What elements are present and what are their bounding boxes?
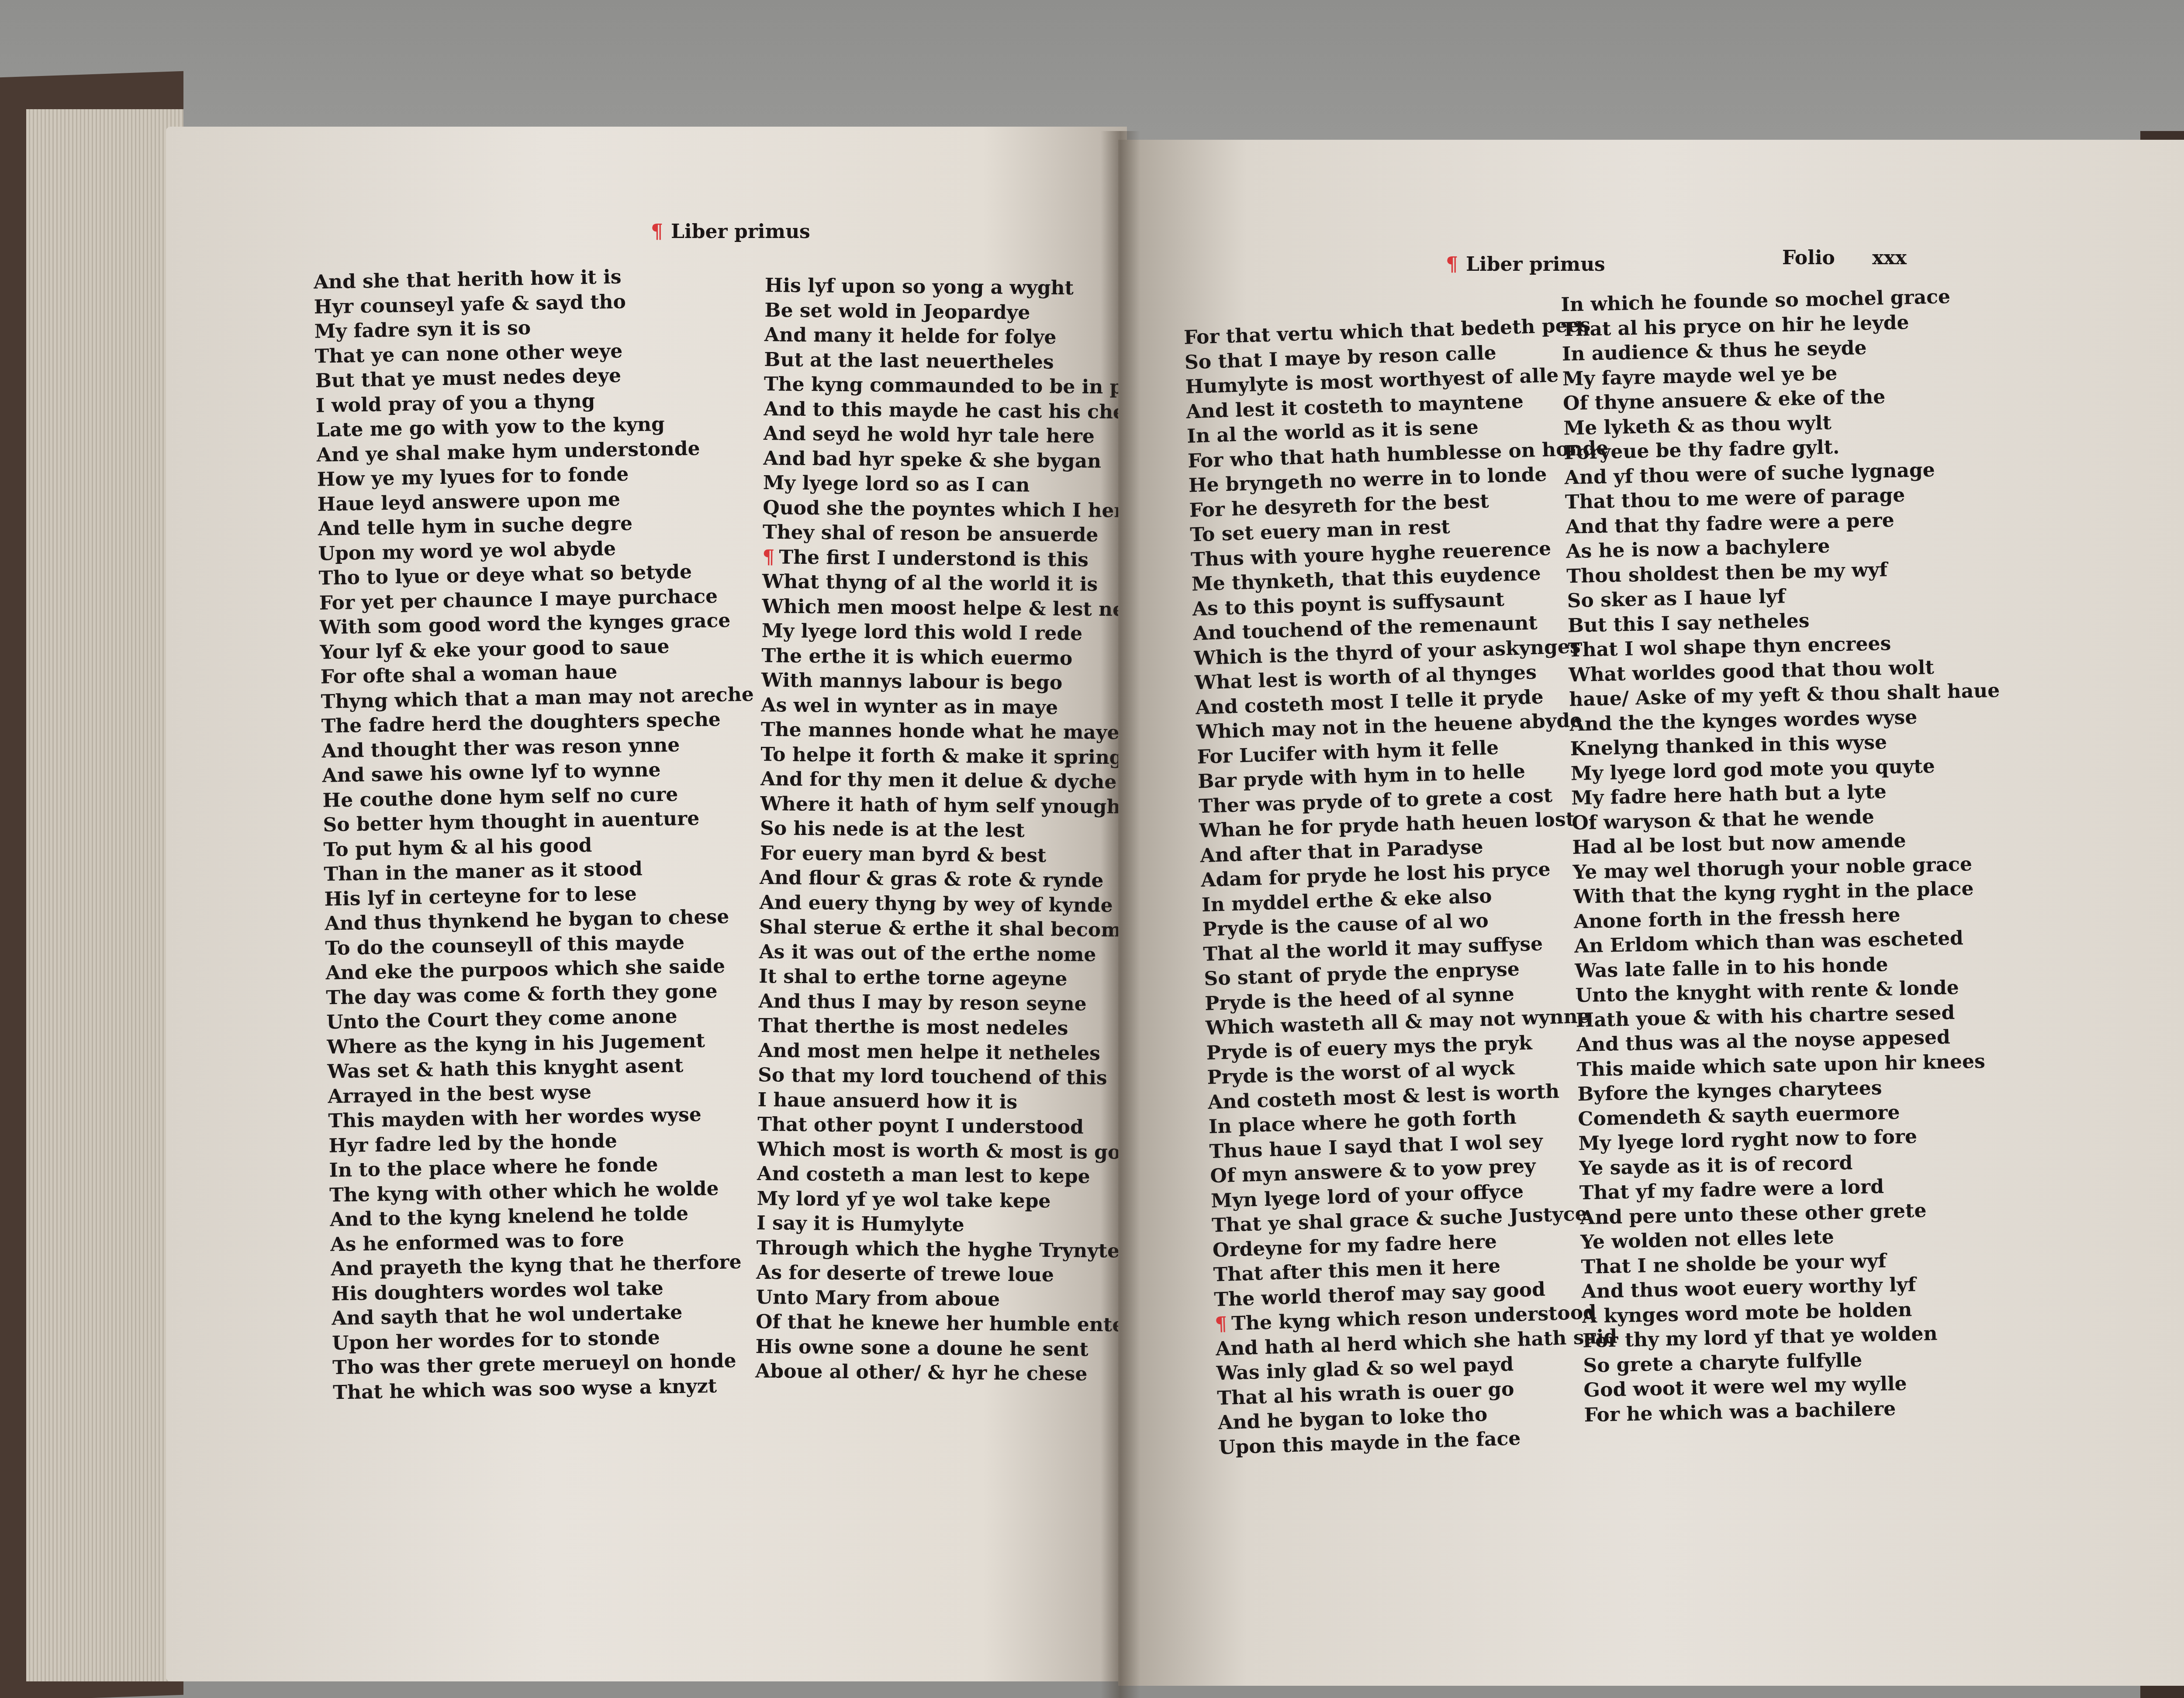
text-line: His owne sone a doune he sent — [755, 1335, 1150, 1363]
text-line: Where it hath of hym self ynough — [760, 792, 1155, 820]
left-page-column-2: His lyf upon so yong a wyghtBe set wold … — [755, 273, 1160, 1387]
text-line: They shal of reson be ansuerde — [763, 520, 1158, 548]
text-line: And to this mayde he cast his chere — [764, 397, 1158, 425]
left-running-head: ¶Liber primus — [651, 221, 810, 243]
right-page-column-2: In which he founde so mochel graceThat a… — [1561, 284, 2015, 1428]
text-line: Aboue al other/ & hyr he chese — [755, 1359, 1150, 1387]
text-line: The kyng commaunded to be in pees — [764, 372, 1159, 400]
folio-label: Folio — [1782, 247, 1835, 269]
paragraph-mark-icon: ¶ — [1214, 1313, 1227, 1336]
paragraph-mark-icon: ¶ — [651, 221, 663, 243]
text-line: Which men moost helpe & lest nede — [762, 594, 1157, 622]
folio-number: Folio xxx — [1782, 247, 1907, 269]
right-page: ¶Liber primus Folio xxx For that vertu w… — [1118, 140, 2184, 1686]
text-line: So his nede is at the lest — [760, 816, 1155, 844]
text-line: Be set wold in Jeopardye — [764, 298, 1159, 326]
text-line: I haue ansuerd how it is — [757, 1088, 1152, 1116]
text-line: Through which the hyghe Trynyte — [756, 1236, 1151, 1264]
text-line: As for deserte of trewe loue — [756, 1260, 1151, 1288]
text-line: And euery thyng by wey of kynde — [759, 890, 1154, 918]
text-line: Of that he knewe her humble entent — [756, 1310, 1151, 1338]
text-line: My lyege lord this wold I rede — [762, 619, 1157, 647]
folio-value: xxx — [1872, 247, 1907, 269]
paragraph-mark-icon: ¶ — [1446, 253, 1458, 276]
text-line: Shal sterue & erthe it shal become — [759, 915, 1154, 943]
text-line: But at the last neuertheles — [764, 348, 1159, 376]
text-line: And most men helpe it netheles — [758, 1039, 1153, 1066]
text-line: And flour & gras & rote & rynde — [760, 866, 1154, 894]
page-edges-left — [26, 109, 183, 1681]
text-line: With mannys labour is bego — [761, 668, 1156, 696]
text-line: It shal to erthe torne ageyne — [759, 964, 1154, 992]
text-line: Which most is worth & most is good — [757, 1137, 1152, 1165]
text-line: My lord yf ye wol take kepe — [757, 1187, 1151, 1215]
text-line: Quod she the poyntes which I herde — [763, 496, 1158, 524]
text-line: ¶The first I understond is this — [762, 545, 1157, 573]
text-line: And for thy men it delue & dyche — [760, 767, 1155, 795]
text-line: That other poynt I understood — [757, 1112, 1152, 1140]
text-line: And costeth a man lest to kepe — [757, 1162, 1152, 1190]
book-gutter — [1101, 131, 1140, 1698]
text-line: His lyf upon so yong a wyght — [765, 273, 1160, 301]
left-page: ¶Liber primus And she that herith how it… — [166, 127, 1127, 1681]
text-line: And seyd he wold hyr tale here — [764, 421, 1158, 449]
text-line: My lyege lord so as I can — [763, 471, 1158, 499]
text-line: As wel in wynter as in maye — [761, 693, 1156, 721]
text-line: That therthe is most nedeles — [758, 1014, 1153, 1042]
left-page-column-1: And she that herith how it isHyr counsey… — [313, 263, 766, 1405]
running-title: Liber primus — [1466, 253, 1605, 276]
text-line: So that my lord touchend of this — [758, 1063, 1153, 1091]
paragraph-mark-icon: ¶ — [762, 546, 774, 568]
text-line: The mannes honde what he maye — [761, 718, 1156, 745]
text-line: What thyng of al the world it is — [762, 569, 1157, 597]
running-title: Liber primus — [671, 221, 810, 243]
right-running-head: ¶Liber primus — [1446, 253, 1605, 276]
text-line: For euery man byrd & best — [760, 841, 1154, 869]
text-line: As it was out of the erthe nome — [759, 940, 1154, 968]
text-line: And many it helde for folye — [764, 323, 1159, 351]
text-line: To helpe it forth & make it springe — [760, 742, 1155, 770]
text-line: Unto Mary from aboue — [756, 1285, 1151, 1313]
text-line: I say it is Humylyte — [757, 1211, 1151, 1239]
text-line: And thus I may by reson seyne — [758, 989, 1153, 1017]
text-line: And bad hyr speke & she bygan — [763, 446, 1158, 474]
text-line: The erthe it is which euermo — [761, 644, 1156, 672]
